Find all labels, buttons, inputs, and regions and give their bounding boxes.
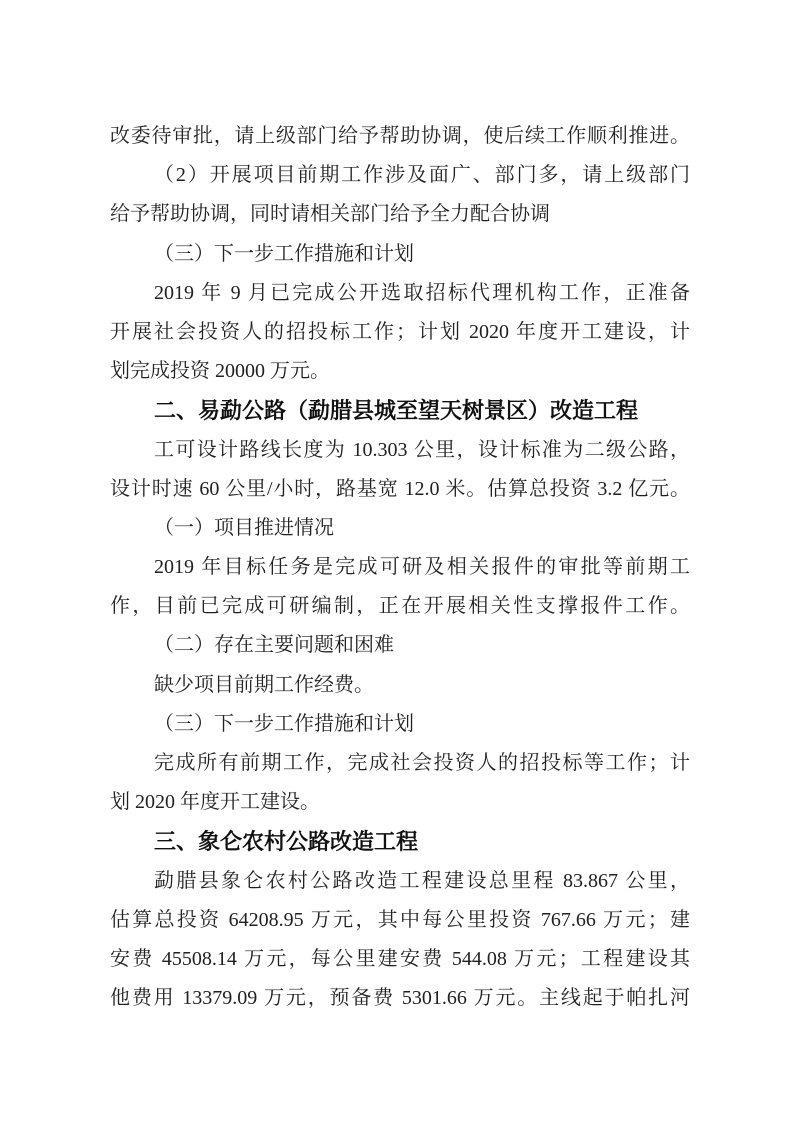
document-line: 设计时速 60 公里/小时，路基宽 12.0 米。估算总投资 3.2 亿元。	[110, 470, 690, 509]
document-line: 完成所有前期工作，完成社会投资人的招投标等工作；计	[110, 744, 690, 783]
document-line: 给予帮助协调，同时请相关部门给予全力配合协调	[110, 195, 690, 234]
document-line: （三）下一步工作措施和计划	[110, 235, 690, 274]
document-line: 工可设计路线长度为 10.303 公里，设计标准为二级公路，	[110, 431, 690, 470]
section-heading: 二、易勐公路（勐腊县城至望天树景区）改造工程	[110, 391, 690, 430]
document-line: 开展社会投资人的招投标工作；计划 2020 年度开工建设，计	[110, 313, 690, 352]
document-line: （二）存在主要问题和困难	[110, 626, 690, 665]
document-line: （三）下一步工作措施和计划	[110, 705, 690, 744]
document-page: 改委待审批，请上级部门给予帮助协调，使后续工作顺利推进。 （2）开展项目前期工作…	[0, 0, 793, 1122]
document-line: 划 2020 年度开工建设。	[110, 783, 690, 822]
section-heading: 三、象仑农村公路改造工程	[110, 822, 690, 861]
document-line: （一）项目推进情况	[110, 509, 690, 548]
document-line: 他费用 13379.09 万元，预备费 5301.66 万元。主线起于帕扎河	[110, 979, 690, 1018]
document-line: 作，目前已完成可研编制，正在开展相关性支撑报件工作。	[110, 587, 690, 626]
document-line: 勐腊县象仑农村公路改造工程建设总里程 83.867 公里，	[110, 862, 690, 901]
document-line: 安费 45508.14 万元，每公里建安费 544.08 万元；工程建设其	[110, 940, 690, 979]
document-line: 2019 年目标任务是完成可研及相关报件的审批等前期工	[110, 548, 690, 587]
document-content: 改委待审批，请上级部门给予帮助协调，使后续工作顺利推进。 （2）开展项目前期工作…	[110, 117, 690, 1018]
document-line: 2019 年 9 月已完成公开选取招标代理机构工作，正准备	[110, 274, 690, 313]
document-line: （2）开展项目前期工作涉及面广、部门多，请上级部门	[110, 156, 690, 195]
document-line: 估算总投资 64208.95 万元，其中每公里投资 767.66 万元；建	[110, 901, 690, 940]
document-line: 划完成投资 20000 万元。	[110, 352, 690, 391]
document-line: 改委待审批，请上级部门给予帮助协调，使后续工作顺利推进。	[110, 117, 690, 156]
document-line: 缺少项目前期工作经费。	[110, 666, 690, 705]
